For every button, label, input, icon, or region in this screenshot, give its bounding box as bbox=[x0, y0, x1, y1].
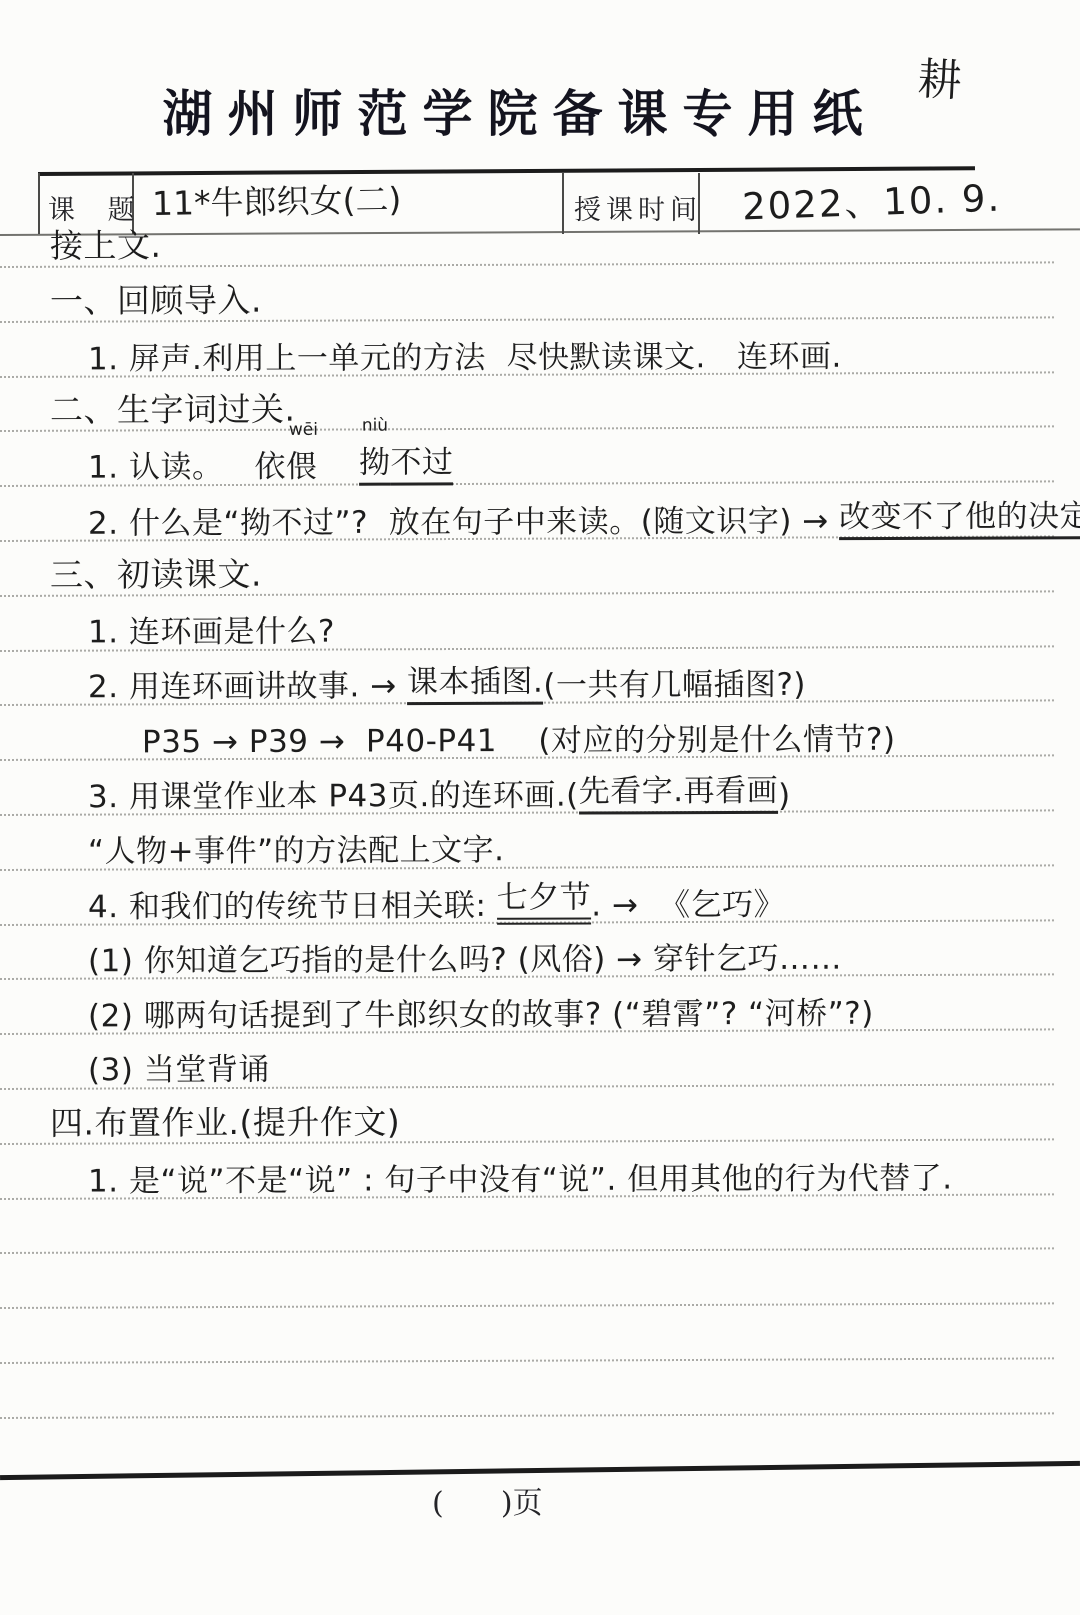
note-segment: . → 《乞巧》 bbox=[591, 879, 785, 925]
note-segment: 七夕节 bbox=[497, 871, 592, 924]
note-segment: 偎wēi bbox=[286, 441, 318, 486]
table-divider bbox=[38, 173, 40, 234]
note-line: (2) 哪两句话提到了牛郎织女的故事? (“碧霄”? “河桥”?) bbox=[88, 985, 874, 1036]
note-segment: 改变不了他的决定. bbox=[839, 490, 1080, 540]
pinyin-annotation: niù bbox=[362, 416, 388, 436]
note-line: 一、回顾导入. bbox=[50, 274, 262, 323]
note-segment: (一共有几幅插图?) bbox=[543, 659, 806, 705]
ruled-line bbox=[0, 1302, 1054, 1309]
note-segment: 一、回顾导入. bbox=[50, 275, 262, 323]
note-segment: 2. 什么是“拗不过”? 放在句子中来读。(随文识字) → bbox=[88, 495, 839, 543]
note-segment: 2. 用连环画讲故事. → bbox=[88, 660, 407, 706]
note-segment: 课本插图. bbox=[407, 656, 544, 705]
note-segment: “人物+事件”的方法配上文字. bbox=[88, 824, 505, 870]
note-segment: 三、初读课文. bbox=[50, 549, 262, 597]
ruled-line bbox=[0, 1357, 1054, 1364]
note-line: 1. 连环画是什么? bbox=[88, 603, 335, 652]
table-divider bbox=[562, 173, 564, 234]
note-line: (3) 当堂背诵 bbox=[88, 1041, 270, 1090]
lesson-plan-sheet: 耕 湖州师范学院备课专用纸 课 题 11*牛郎织女(二) 授课时间 2022、1… bbox=[0, 0, 1080, 1615]
note-line: 1. 是“说”不是“说” : 句子中没有“说”. 但用其他的行为代替了. bbox=[88, 1149, 953, 1200]
topic-value-handwritten: 11*牛郎织女(二) bbox=[152, 174, 402, 225]
note-segment: 拗niù bbox=[359, 437, 391, 486]
note-line: 2. 用连环画讲故事. → 课本插图.(一共有几幅插图?) bbox=[88, 656, 806, 707]
teaching-time-label: 授课时间 bbox=[574, 188, 702, 227]
note-segment: P35 → P39 → P40-P41 (对应的分别是什么情节?) bbox=[142, 714, 896, 762]
note-segment: 1. 是“说”不是“说” : 句子中没有“说”. 但用其他的行为代替了. bbox=[88, 1152, 953, 1200]
note-segment: 3. 用课堂作业本 P43页.的连环画.( bbox=[88, 770, 579, 817]
note-segment: 二、生字词过关. bbox=[50, 384, 296, 432]
note-line: 四.布置作业.(提升作文) bbox=[50, 1095, 400, 1144]
page-number-footer: ( )页 bbox=[432, 1478, 543, 1522]
note-line: 1. 屏声.利用上一单元的方法 尽快默读课文. 连环画. bbox=[88, 328, 842, 379]
pinyin-annotation: wēi bbox=[289, 420, 318, 440]
note-segment: 接上文. bbox=[50, 220, 162, 267]
note-line: 2. 什么是“拗不过”? 放在句子中来读。(随文识字) → 改变不了他的决定. bbox=[88, 491, 1080, 543]
note-segment: 1. 屏声.利用上一单元的方法 尽快默读课文. 连环画. bbox=[88, 331, 842, 379]
page-title: 湖州师范学院备课专用纸 bbox=[0, 74, 1040, 146]
teaching-time-value-handwritten: 2022、10. 9. bbox=[741, 167, 1002, 230]
ruled-line bbox=[0, 1247, 1054, 1254]
note-segment: 不过 bbox=[390, 436, 453, 485]
ruled-line bbox=[0, 1412, 1054, 1419]
note-segment: 1. 认读。 依 bbox=[88, 441, 286, 487]
note-line: 三、初读课文. bbox=[50, 548, 262, 597]
note-line: “人物+事件”的方法配上文字. bbox=[88, 821, 505, 870]
note-line: 3. 用课堂作业本 P43页.的连环画.(先看字.再看画) bbox=[88, 766, 791, 816]
note-segment: 1. 连环画是什么? bbox=[88, 606, 335, 652]
note-segment: 4. 和我们的传统节日相关联: bbox=[88, 880, 497, 926]
note-segment bbox=[317, 450, 359, 486]
note-segment: ) bbox=[778, 778, 791, 814]
note-line: P35 → P39 → P40-P41 (对应的分别是什么情节?) bbox=[142, 711, 896, 762]
note-line: 4. 和我们的传统节日相关联: 七夕节. → 《乞巧》 bbox=[88, 876, 785, 926]
note-segment: 先看字.再看画 bbox=[579, 765, 779, 815]
note-line: (1) 你知道乞巧指的是什么吗? (风俗) → 穿针乞巧…… bbox=[88, 930, 842, 981]
note-segment: (2) 哪两句话提到了牛郎织女的故事? (“碧霄”? “河桥”?) bbox=[88, 988, 874, 1036]
note-line: 接上文. bbox=[50, 219, 162, 267]
note-segment: 四.布置作业.(提升作文) bbox=[50, 1096, 400, 1144]
note-segment: (3) 当堂背诵 bbox=[88, 1044, 270, 1090]
note-line: 1. 认读。 依偎wēi 拗niù不过 bbox=[88, 437, 454, 486]
note-line: 二、生字词过关. bbox=[50, 383, 296, 432]
note-segment: (1) 你知道乞巧指的是什么吗? (风俗) → 穿针乞巧…… bbox=[88, 933, 842, 981]
table-bottom-border bbox=[0, 228, 1080, 236]
